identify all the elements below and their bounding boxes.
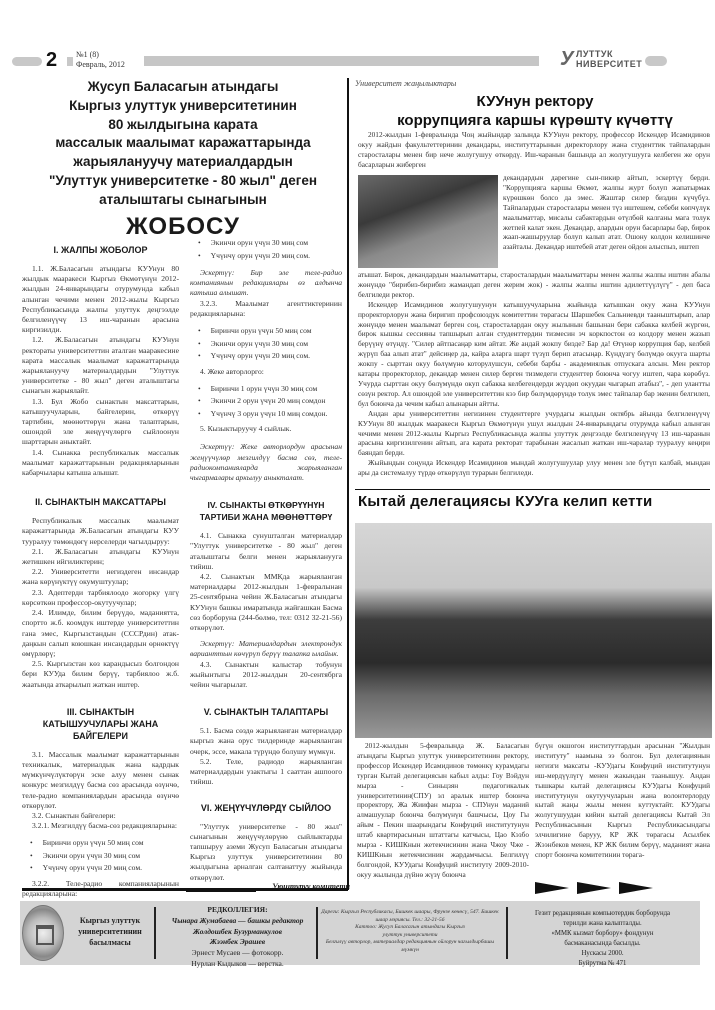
header-decor-pill-right [645,56,667,66]
paragraph: Андан ары университеттин негизинен студе… [358,409,710,459]
logo-initial: У [560,49,574,69]
section-heading: II. СЫНАКТЫН МАКСАТТАРЫ [22,496,179,508]
title-line: Жусуп Баласагын атындагы [28,78,338,97]
paragraph: 2012-жылдын 5-февралында Ж. Баласагын ат… [357,741,529,880]
paragraph: 5. Кызыктыруучу 4 сыйлык. [190,424,342,434]
publisher-line: университетинин [70,926,150,937]
title-line: 80 жылдыгына карата [28,116,338,135]
note: Эскертүү: Бир эле теле-радио компаниянын… [190,268,342,299]
prize-list: Биринчи 1 орун үчүн 30 миң сом Экинчи 2 … [198,383,342,421]
header-decor-square [67,57,73,66]
title-line: аталыштагы сынагынын [28,191,338,210]
title-line: "Улуттук университетке - 80 жыл" деген [28,172,338,191]
editorial-board: РЕДКОЛЛЕГИЯ: Чынара Жумабаева — башкы ре… [160,905,315,970]
paragraph: 3.2.1. Мезгилдүү басма-сөз редакцияларын… [22,821,179,831]
article-column-2: бүгүн окшогон институттардын арасынан "Ж… [535,741,710,860]
board-member: Жолдошбек Бузурманкулов [160,927,315,938]
title-line: массалык маалымат каражаттарында [28,134,338,153]
paragraph: 4.3. Сынактын калыстар тобунун жыйынтыгы… [190,660,342,691]
print-info: Гезит редакциянын компьютердик борборунд… [510,909,695,969]
prize-list: Экинчи орун үчүн 30 миң сом Үчүнчү орун … [198,237,342,262]
paragraph: 5.2. Теле, радиодо жарыяланган материалд… [190,757,342,788]
paragraph: 1.1. Ж.Баласагын атындагы КУУнун 80 жылд… [22,264,179,335]
article-column-1: 2012-жылдын 5-февралында Ж. Баласагын ат… [357,741,529,880]
paragraph: "Улуттук университетке - 80 жыл" сынагын… [190,822,342,883]
publisher-line: басылмасы [70,937,150,948]
section-heading: IV. СЫНАКТЫ ӨТКӨРҮҮНҮН ТАРТИБИ ЖАНА МӨӨН… [190,499,342,523]
university-seal-icon [22,905,64,961]
issue-number: №1 (8) [76,50,125,60]
paragraph: 4.2. Сынактын ММКда жарыяланган материал… [190,572,342,633]
section-heading: V. СЫНАКТЫН ТАЛАПТАРЫ [190,706,342,718]
regulation-column-2: Экинчи орун үчүн 30 миң сом Үчүнчү орун … [190,235,342,883]
paragraph: Жыйындын соңунда Искендер Исамидинов мын… [358,458,710,478]
pennant-icon [577,882,611,894]
print-line: Гезит редакциянын компьютердик борборунд… [510,909,695,919]
list-item: Үчүнчү орун үчүн 20 миң сом. [30,862,179,875]
note: Эскертүү: Материалдардын электрондук вар… [190,639,342,659]
rubric-label: Университет жаңылыктары [355,79,456,88]
rector-meeting-photo [358,175,498,268]
publisher-line: Кыргыз улуттук [70,915,150,926]
article-headline: Кытай делегациясы КУУга келип кетти [358,493,708,510]
address-line: Белгилүү авторлор, материалдар редакциян… [320,939,500,954]
paragraph: 2.1. Ж.Баласагын атындагы КУУнун жетишке… [22,547,179,567]
column-divider [347,78,349,890]
list-item: Үчүнчү орун үчүн 20 миң сом. [198,250,342,263]
paragraph: декандардын дарегине сын-пикир айтып, эс… [503,173,710,252]
paragraph: бүгүн окшогон институттардын арасынан "Ж… [535,741,710,860]
issue-date: Февраль, 2012 [76,60,125,70]
section-heading: I. ЖАЛПЫ ЖОБОЛОР [22,244,179,256]
board-member: Чынара Жумабаева — башкы редактор [160,916,315,927]
paragraph: атышат. Бирок, декандардын маалыматтары,… [358,270,710,300]
paragraph: 2.3. Адептерди тарбиялоодо жогорку үлгү … [22,588,179,608]
list-item: Үчүнчү 3 орун үчүн 10 миң сомдон. [198,408,342,421]
note: Эскертүү: Жеке авторлордун арасынан жеңү… [190,442,342,483]
footer-divider [316,907,318,959]
paragraph: Искендер Исамидинов жолугушуунун катышуу… [358,300,710,409]
paragraph: 1.2. Ж.Баласагын атындагы КУУнун ректора… [22,335,179,396]
list-item: Экинчи 2 орун үчүн 20 миң сомдон [198,395,342,408]
bottom-rule [22,888,348,891]
board-member: Эрнест Мусаев — фотокорр. [160,948,315,959]
footer-divider [506,907,508,959]
title-line: Кыргыз улуттук университетинин [28,97,338,116]
list-item: Биринчи орун үчүн 50 миң сом [30,837,179,850]
issue-info: №1 (8) Февраль, 2012 [76,50,125,70]
newspaper-logo: У ЛУТТУК НИВЕРСИТЕТ [560,49,652,71]
paragraph: 5.1. Басма сөздө жарыяланган материалдар… [190,726,342,757]
section-heading: III. СЫНАКТЫН КАТЫШУУЧУЛАРЫ ЖАНА БАЙГЕЛЕ… [22,706,179,742]
regulation-column-1: I. ЖАЛПЫ ЖОБОЛОР 1.1. Ж.Баласагын атында… [22,238,179,922]
article-lead: 2012-жылдын 1-февралында Чоң жыйындар за… [358,130,710,170]
board-title: РЕДКОЛЛЕГИЯ: [160,905,315,916]
paragraph: 2012-жылдын 1-февралында Чоң жыйындар за… [358,130,710,170]
article-headline: КУУнун ректору коррупцияга каршы күрөштү… [360,92,710,130]
publisher-info: Кыргыз улуттук университетинин басылмасы [70,915,150,948]
contest-regulation-title: Жусуп Баласагын атындагы Кыргыз улуттук … [28,78,338,242]
section-heading: VI. ЖЕҢҮҮЧҮЛӨРДҮ СЫЙЛОО [190,802,342,814]
headline-line: коррупцияга каршы күрөштү күчөттү [360,111,710,130]
list-item: Биринчи орун үчүн 50 миң сом [198,325,342,338]
paragraph: 3.2.3. Маалымат агенттиктеринин редакция… [190,299,342,319]
paragraph: 3.1. Массалык маалымат каражаттарынын те… [22,750,179,811]
paragraph: 3.2. Сынактын байгелери: [22,811,179,821]
print-line: Нускасы 2000. [510,949,695,959]
logo-line-2: НИВЕРСИТЕТ [576,60,642,69]
article-body: атышат. Бирок, декандардын маалыматтары,… [358,270,710,478]
page-number: 2 [46,49,57,72]
paragraph: 4.1. Сынакка сунушталган материалдар "Ул… [190,531,342,572]
article-divider [355,489,710,490]
board-member: Нурлан Кыдыков — верстка. [160,959,315,970]
list-item: Экинчи орун үчүн 30 миң сом [198,338,342,351]
print-line: Буйрутма № 471 [510,959,695,969]
footer-divider [154,907,156,959]
list-item: Биринчи 1 орун үчүн 30 миң сом [198,383,342,396]
headline-line: КУУнун ректору [360,92,710,111]
pennant-icon [535,882,569,894]
paragraph: 1.3. Бул Жобо сынактын максаттарын, каты… [22,397,179,448]
article-wrap-text: декандардын дарегине сын-пикир айтып, эс… [503,173,710,252]
list-item: Экинчи орун үчүн 30 миң сом [198,237,342,250]
decorative-pennants [535,882,715,896]
prize-list: Биринчи орун үчүн 50 миң сом Экинчи орун… [30,837,179,875]
address-line: улуттук университети [320,932,500,940]
print-line: басмаканасында басылды. [510,939,695,949]
address-line: Дареги: Кыргыз Республикасы, Бишкек шаар… [320,909,500,924]
paragraph: 4. Жеке авторлорго: [190,367,342,377]
paragraph: 2.4. Илимде, билим берүүдө, маданиятта, … [22,608,179,659]
pennant-icon [619,882,653,894]
board-member: Жээнбек Эрашев [160,937,315,948]
paragraph: 1.4. Сынакка республикалык массалык маал… [22,448,179,479]
address-info: Дареги: Кыргыз Республикасы, Бишкек шаар… [320,909,500,954]
list-item: Экинчи орун үчүн 30 миң сом [30,850,179,863]
masthead-footer: Кыргыз улуттук университетинин басылмасы… [20,901,700,965]
list-item: Үчүнчү орун үчүн 20 миң сом. [198,350,342,363]
chinese-delegation-photo [355,523,712,738]
title-line: жарыялануучу материалдардын [28,153,338,172]
paragraph: 2.5. Кыргызстан көз карандысыз болгондон… [22,659,179,690]
header-bar [144,56,539,66]
logo-line-1: ЛУТТУК [576,50,613,59]
paragraph: Республикалык массалык маалымат каражатт… [22,516,179,547]
prize-list: Биринчи орун үчүн 50 миң сом Экинчи орун… [198,325,342,363]
print-line: терилди жана калыпталды. [510,919,695,929]
address-line: Каттоо: Жусуп Баласагын атындагы Кыргыз [320,924,500,932]
print-line: «ММК кызмат борбору» фондунун [510,929,695,939]
paragraph: 2.2. Университетти негиздеген инсандар ж… [22,567,179,587]
